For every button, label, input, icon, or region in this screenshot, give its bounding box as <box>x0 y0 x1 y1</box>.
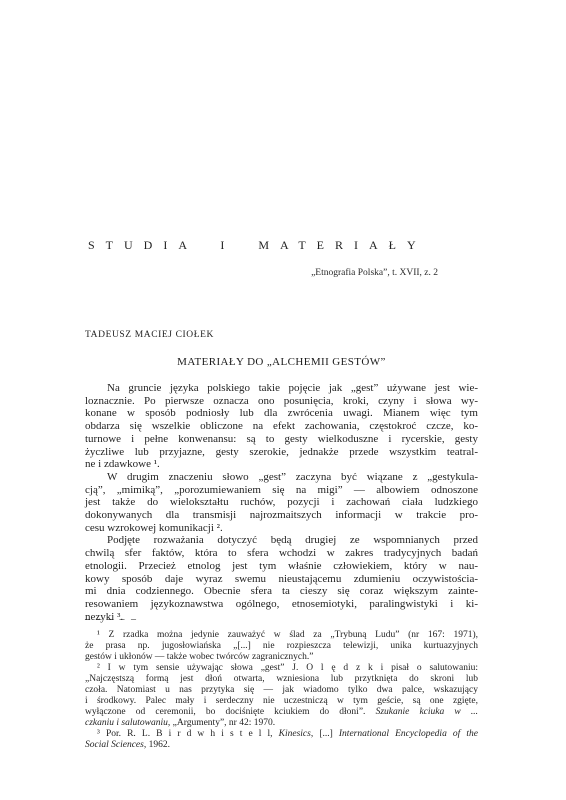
text-line: ne i zdawkowe ¹. <box>85 458 478 471</box>
text-line: czoła. Natomiast u nas przytyka się — ja… <box>85 685 478 696</box>
body-text: Na gruncie języka polskiego takie pojęci… <box>85 382 478 623</box>
text-line: wyłączone od ceremonii, bo dociśnięte kc… <box>85 707 478 718</box>
text-line: W drugim znaczeniu słowo „gest” zaczyna … <box>85 471 478 484</box>
text-line: resowaniem językoznawstwa ogólnego, etno… <box>85 598 478 611</box>
text-line: gestów i ukłonów — także wobec twórców z… <box>85 652 478 663</box>
text-line: chwilą sfer faktów, która to sfera wchod… <box>85 547 478 560</box>
text-line: konane w sposób podniosły lub dla zwróce… <box>85 407 478 420</box>
text-line: loznacznie. Po pierwsze oznacza ono posu… <box>85 395 478 408</box>
text-line: życzliwe lub przyjazne, gesty szerokie, … <box>85 446 478 459</box>
paragraph: Podjęte rozważania dotyczyć będą drugiej… <box>85 534 478 623</box>
text-line: Social Sciences, 1962. <box>85 740 478 751</box>
text-line: obdarza się wszelkie obliczone na efekt … <box>85 420 478 433</box>
text-line: Na gruncie języka polskiego takie pojęci… <box>85 382 478 395</box>
footnote-separator: – – – – – <box>85 614 478 625</box>
scanned-journal-page: STUDIA I MATERIAŁY „Etnografia Polska”, … <box>0 0 566 800</box>
text-line: ² I w tym sensie używając słowa „gest” J… <box>85 663 478 674</box>
article-title: MATERIAŁY DO „ALCHEMII GESTÓW” <box>85 356 478 368</box>
text-line: dokonywanych dla transmisji najrozmaitsz… <box>85 509 478 522</box>
text-line: „Najczęstszą formą jest dłoń otwarta, wz… <box>85 674 478 685</box>
text-line: Podjęte rozważania dotyczyć będą drugiej… <box>85 534 478 547</box>
text-line: etnologii. Przecież etnolog jest tym wła… <box>85 560 478 573</box>
footnote: ¹ Z rzadka można jedynie zauważyć w ślad… <box>85 630 478 663</box>
text-line: ¹ Z rzadka można jedynie zauważyć w ślad… <box>85 630 478 641</box>
author-name: TADEUSZ MACIEJ CIOŁEK <box>85 330 478 340</box>
text-line: turnowe i pełne konwenansu: są to gesty … <box>85 433 478 446</box>
text-line: cją”, „mimiką”, „porozumiewaniem się na … <box>85 484 478 497</box>
text-line: ³ Por. R. L. B i r d w h i s t e l l, Ki… <box>85 729 478 740</box>
paragraph: W drugim znaczeniu słowo „gest” zaczyna … <box>85 471 478 535</box>
footnotes-block: ¹ Z rzadka można jedynie zauważyć w ślad… <box>85 630 478 751</box>
section-masthead: STUDIA I MATERIAŁY <box>88 238 427 253</box>
paragraph: Na gruncie języka polskiego takie pojęci… <box>85 382 478 471</box>
text-line: jest także do wielokształtu ruchów, pozy… <box>85 496 478 509</box>
text-line: cesu wzrokowej komunikacji ². <box>85 522 478 535</box>
footnote: ² I w tym sensie używając słowa „gest” J… <box>85 663 478 729</box>
text-line: że prasa np. jugosłowiańska „[...] nie r… <box>85 641 478 652</box>
text-line: czkaniu i salutowaniu, „Argumenty”, nr 4… <box>85 718 478 729</box>
footnote: ³ Por. R. L. B i r d w h i s t e l l, Ki… <box>85 729 478 751</box>
text-line: kowy sposób daje wyraz swemu nieustające… <box>85 573 478 586</box>
journal-reference: „Etnografia Polska”, t. XVII, z. 2 <box>85 268 478 278</box>
text-line: mi dnia codziennego. Obecnie sfera ta ci… <box>85 585 478 598</box>
text-line: i środkowy. Palec mały i serdeczny nie u… <box>85 696 478 707</box>
